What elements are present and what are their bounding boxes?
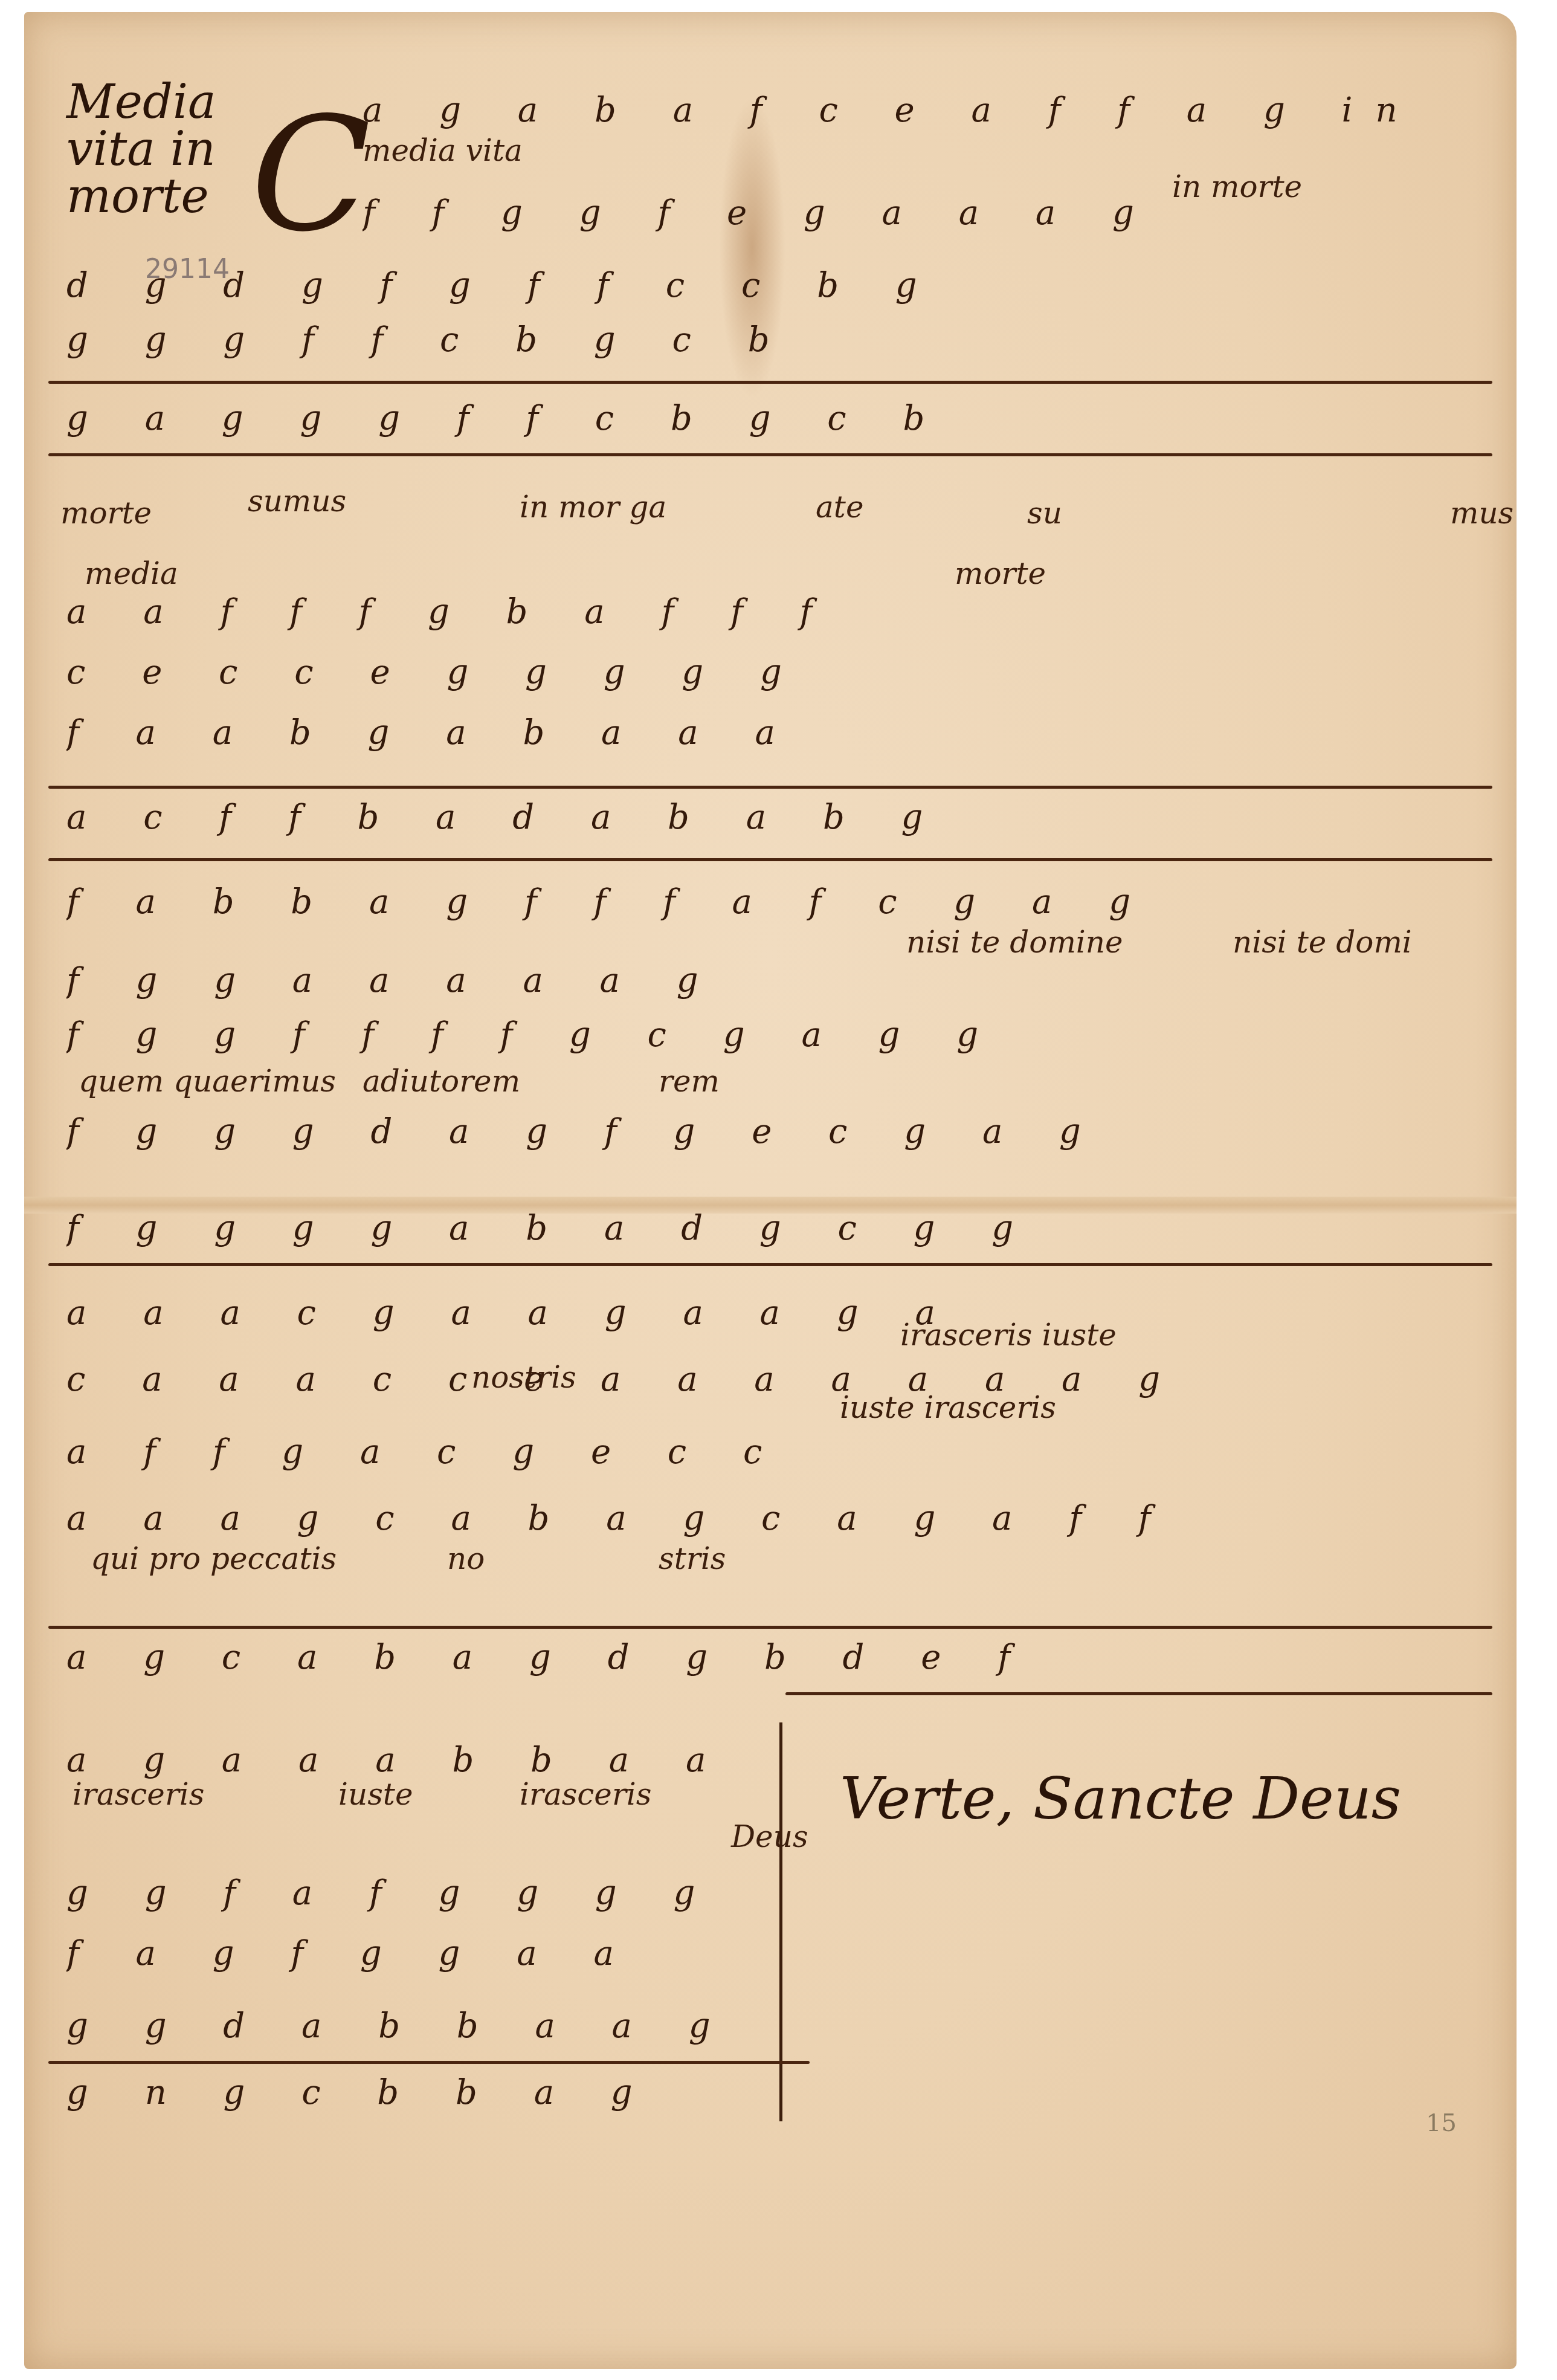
tab-row: a a a c g a a g a a g a bbox=[66, 1293, 1480, 1333]
lyric: media vita bbox=[363, 133, 523, 168]
tab-row: a g a a a b b a a a bbox=[66, 1741, 713, 1780]
tab-row: f a g f g g a a bbox=[66, 1934, 713, 1973]
lyric: mus bbox=[1450, 496, 1513, 531]
lyric: iuste bbox=[338, 1777, 413, 1812]
title-line: Media bbox=[66, 79, 216, 126]
system-rule bbox=[48, 2061, 810, 2064]
lyric: adiutorem bbox=[363, 1064, 520, 1099]
tab-row: g g g f f c b g c b bbox=[66, 320, 1480, 360]
lyric: irasceris bbox=[73, 1777, 205, 1812]
tab-row: g g d a b b a a g bbox=[66, 2007, 713, 2046]
lyric: irasceris iuste bbox=[900, 1318, 1117, 1353]
lyric: quem quaerimus bbox=[79, 1064, 336, 1099]
lyric: stris bbox=[659, 1541, 726, 1576]
lyric: irasceris bbox=[520, 1777, 652, 1812]
tab-row: a a f f f g b a f f f bbox=[66, 592, 1480, 632]
lyric: no bbox=[447, 1541, 485, 1576]
lyric: sumus bbox=[248, 483, 346, 519]
tab-row: f g g g g a b a d g c g g bbox=[66, 1209, 1480, 1248]
lyric: qui pro peccatis bbox=[91, 1541, 337, 1576]
system-rule bbox=[48, 453, 1492, 456]
tab-row: c e c c e g g g g g bbox=[66, 653, 1480, 692]
lyric: rem bbox=[659, 1064, 720, 1099]
tab-row: g a g g g f f c b g c b bbox=[66, 399, 1480, 438]
system-rule bbox=[48, 1263, 1492, 1266]
lyric: nisi te domi bbox=[1233, 925, 1412, 960]
system-rule bbox=[48, 381, 1492, 384]
piece-title: Media vita in morte bbox=[66, 79, 216, 220]
tab-row: d g d g f g f f c c b g bbox=[66, 266, 1480, 305]
tab-row: f f g g f e g a a a g bbox=[363, 193, 1480, 233]
tab-row: f g g a a a a a g bbox=[66, 961, 1480, 1000]
verte-instruction: Verte, Sancte Deus bbox=[840, 1765, 1401, 1832]
tab-row: g n g c b b a g bbox=[66, 2073, 713, 2112]
tab-row: a g c a b a g d g b d e f bbox=[66, 1638, 1480, 1677]
decorated-initial: C bbox=[251, 103, 371, 248]
tab-row: a f f g a c g e c c bbox=[66, 1432, 1480, 1472]
lyric: ate bbox=[816, 490, 864, 525]
tab-row: g g f a f g g g g a bbox=[66, 1874, 713, 1913]
lyric: iuste irasceris bbox=[840, 1390, 1056, 1425]
tab-row: a c f f b a d a b a b g bbox=[66, 798, 1480, 837]
title-line: morte bbox=[66, 173, 216, 220]
lyric: nisi te domine bbox=[906, 925, 1123, 960]
tab-row: f a b b a g f f f a f c g a g bbox=[66, 882, 1480, 922]
lyric: nostris bbox=[471, 1360, 576, 1395]
lyric: in mor ga bbox=[520, 490, 666, 525]
page-number: 15 bbox=[1426, 2109, 1457, 2137]
lyric: morte bbox=[60, 496, 152, 531]
tab-row: f g g f f f f g c g a g g bbox=[66, 1015, 1480, 1055]
tab-row: f a a b g a b a a a bbox=[66, 713, 1480, 752]
title-line: vita in bbox=[66, 126, 216, 173]
tab-row: a g a b a f c e a f f a g in bbox=[363, 91, 1480, 130]
manuscript-page: Media vita in morte 29114 C a g a b a f … bbox=[24, 12, 1517, 2369]
system-rule bbox=[785, 1692, 1492, 1695]
lyric: Deus bbox=[731, 1819, 808, 1854]
lyric: media bbox=[85, 556, 178, 591]
system-rule bbox=[48, 1626, 1492, 1629]
lyric: morte bbox=[955, 556, 1046, 591]
tab-row: c a a a c c e a a a a a a a g bbox=[66, 1360, 1480, 1399]
tab-row: f g g g d a g f g e c g a g bbox=[66, 1112, 1480, 1151]
system-rule bbox=[48, 786, 1492, 789]
system-rule bbox=[48, 858, 1492, 861]
tab-row: a a a g c a b a g c a g a f f bbox=[66, 1499, 1480, 1538]
lyric: su bbox=[1027, 496, 1062, 531]
